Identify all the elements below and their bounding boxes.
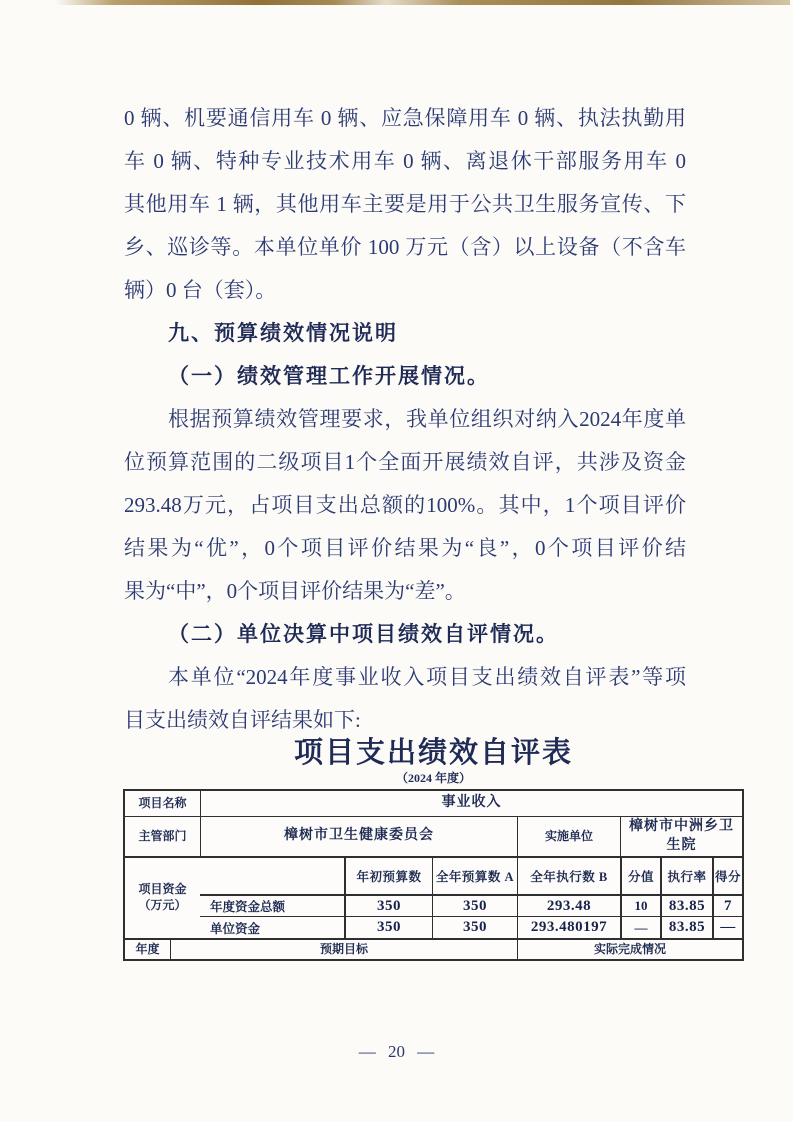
scan-artifact-top-edge xyxy=(55,0,790,5)
funds-subgrid: 年初预算数 全年预算数 A 全年执行数 B 分值 执行率 得分 年度资金总额 3… xyxy=(200,858,742,938)
table-row-year-goals: 年度 预期目标 实际完成情况 xyxy=(125,938,742,959)
page-number: — 20 — xyxy=(0,1042,793,1062)
header-annual-executed: 全年执行数 B xyxy=(517,858,620,894)
table-row-fund-headers: 年初预算数 全年预算数 A 全年执行数 B 分值 执行率 得分 xyxy=(200,858,742,894)
document-text-block: 0 辆、机要通信用车 0 辆、应急保障用车 0 辆、执法执勤用 车 0 辆、特种… xyxy=(124,97,686,742)
table-subtitle: （2024 年度） xyxy=(123,771,744,785)
paragraph-self-eval-summary: 根据预算绩效管理要求，我单位组织对纳入2024年度单 位预算范围的二级项目1个全… xyxy=(124,398,686,613)
actual-completion-cell: 实际完成情况 xyxy=(517,940,742,959)
text-line: 本单位“2024年度事业收入项目支出绩效自评表”等项 xyxy=(124,656,686,699)
executed-value: 293.48 xyxy=(517,896,620,916)
text-line: 0 辆、机要通信用车 0 辆、应急保障用车 0 辆、执法执勤用 xyxy=(124,97,686,140)
table-title: 项目支出绩效自评表 xyxy=(123,736,744,770)
text-line: 车 0 辆、特种专业技术用车 0 辆、离退休干部服务用车 0 辆、 xyxy=(124,140,686,183)
points-value: — xyxy=(620,917,660,938)
funds-label-cell: 项目资金（万元） xyxy=(125,858,200,938)
exec-rate-value: 83.85 xyxy=(660,917,712,938)
paragraph-table-intro: 本单位“2024年度事业收入项目支出绩效自评表”等项 目支出绩效自评结果如下: xyxy=(124,656,686,742)
table-row-total-funds: 年度资金总额 350 350 293.48 10 83.85 7 xyxy=(200,894,742,916)
table-row-unit-funds: 单位资金 350 350 293.480197 — 83.85 — xyxy=(200,916,742,938)
text-line: 其他用车 1 辆，其他用车主要是用于公共卫生服务宣传、下 xyxy=(124,183,686,226)
text-line: 乡、巡诊等。本单位单价 100 万元（含）以上设备（不含车 xyxy=(124,226,686,269)
impl-unit-value-cell: 樟树市中洲乡卫生院 xyxy=(620,817,742,856)
project-name-label-cell: 项目名称 xyxy=(125,791,200,816)
header-annual-budget: 全年预算数 A xyxy=(432,858,517,894)
executed-value: 293.480197 xyxy=(517,917,620,938)
text-line: 293.48万元，占项目支出总额的100%。其中，1个项目评价 xyxy=(124,484,686,527)
subheading-self-evaluation: （二）单位决算中项目绩效自评情况。 xyxy=(124,613,686,656)
dept-label-cell: 主管部门 xyxy=(125,817,200,856)
text-line: 根据预算绩效管理要求，我单位组织对纳入2024年度单 xyxy=(124,398,686,441)
table-row-departments: 主管部门 樟树市卫生健康委员会 实施单位 樟树市中洲乡卫生院 xyxy=(125,816,742,856)
text-line: 结果为“优”，0个项目评价结果为“良”，0个项目评价结 xyxy=(124,527,686,570)
header-score: 得分 xyxy=(712,858,742,894)
annual-budget-value: 350 xyxy=(432,917,517,938)
text-line: 果为“中”，0个项目评价结果为“差”。 xyxy=(124,570,686,613)
impl-unit-label-cell: 实施单位 xyxy=(517,817,620,856)
row-name-cell: 单位资金 xyxy=(200,917,344,938)
initial-budget-value: 350 xyxy=(344,896,432,916)
heading-budget-performance: 九、预算绩效情况说明 xyxy=(124,312,686,355)
table-row-project-name: 项目名称 事业收入 xyxy=(125,791,742,816)
self-evaluation-table: 项目名称 事业收入 主管部门 樟树市卫生健康委员会 实施单位 樟树市中洲乡卫生院… xyxy=(123,789,744,961)
document-page: 0 辆、机要通信用车 0 辆、应急保障用车 0 辆、执法执勤用 车 0 辆、特种… xyxy=(0,0,793,1122)
exec-rate-value: 83.85 xyxy=(660,896,712,916)
dept-value-cell: 樟树市卫生健康委员会 xyxy=(200,817,517,856)
initial-budget-value: 350 xyxy=(344,917,432,938)
table-funds-section: 项目资金（万元） 年初预算数 全年预算数 A 全年执行数 B 分值 执行率 得分… xyxy=(125,856,742,938)
annual-budget-value: 350 xyxy=(432,896,517,916)
paragraph-vehicle-info: 0 辆、机要通信用车 0 辆、应急保障用车 0 辆、执法执勤用 车 0 辆、特种… xyxy=(124,97,686,312)
row-name-cell: 年度资金总额 xyxy=(200,896,344,916)
expected-goal-cell: 预期目标 xyxy=(170,940,517,959)
header-points: 分值 xyxy=(620,858,660,894)
empty-header-cell xyxy=(200,858,344,894)
header-exec-rate: 执行率 xyxy=(660,858,712,894)
points-value: 10 xyxy=(620,896,660,916)
text-line: 辆）0 台（套）。 xyxy=(124,269,686,312)
score-value: 7 xyxy=(712,896,742,916)
year-label-cell: 年度 xyxy=(125,940,170,959)
subheading-performance-management: （一）绩效管理工作开展情况。 xyxy=(124,355,686,398)
project-name-value-cell: 事业收入 xyxy=(200,791,742,816)
header-initial-budget: 年初预算数 xyxy=(344,858,432,894)
score-value: — xyxy=(712,917,742,938)
text-line: 位预算范围的二级项目1个全面开展绩效自评，共涉及资金 xyxy=(124,441,686,484)
